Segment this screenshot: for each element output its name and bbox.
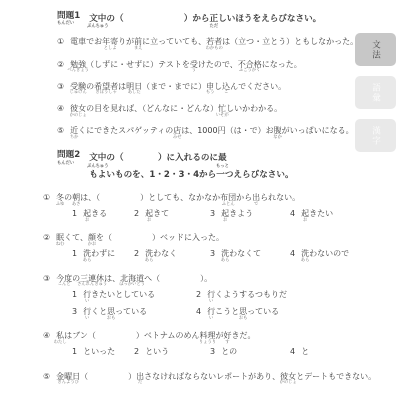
question-number: ① bbox=[57, 37, 64, 46]
text-run: んでください。 bbox=[230, 82, 286, 91]
text-run: くて、 bbox=[64, 233, 88, 242]
text-run: 1 bbox=[74, 12, 80, 22]
ruby-word: 不合格ふごうかく bbox=[238, 60, 262, 69]
text-run: りが bbox=[118, 37, 134, 46]
furigana: こ bbox=[224, 91, 228, 95]
furigana: みせ bbox=[173, 136, 182, 140]
text-run: 電車でお bbox=[70, 37, 102, 46]
choice-text: 行いくと思おもっている bbox=[83, 307, 147, 316]
choice-text: と bbox=[301, 347, 309, 356]
ruby-word: 正ただ bbox=[210, 15, 219, 25]
ruby-word: 文中ぶんちゅう bbox=[89, 15, 106, 25]
ruby-word: 行い bbox=[83, 290, 91, 299]
furigana: わかもの bbox=[206, 47, 223, 51]
ruby-word: 彼女かのじょ bbox=[280, 372, 296, 381]
furigana: なか bbox=[273, 136, 282, 140]
ruby-word: 布団ふとん bbox=[220, 193, 236, 202]
furigana: こんど bbox=[58, 283, 71, 287]
ruby-word: 忙いそが bbox=[218, 104, 226, 113]
furigana: もんだい bbox=[57, 162, 74, 166]
ruby-word: 三連休さんれんきゅう bbox=[80, 274, 104, 283]
section-multiple-choice: 問題もんだい2 文中ぶんちゅうの（ ）に入れるのに最もっともよいものを、1・2・… bbox=[57, 150, 345, 381]
choice-number: 3 bbox=[210, 347, 215, 356]
text-run: くにできたスパゲッティの bbox=[78, 126, 173, 135]
choice-option: 1起おきる bbox=[72, 209, 134, 218]
text-run: という bbox=[145, 347, 169, 356]
text-run: きたい bbox=[309, 209, 333, 218]
question-line: ③今度こんどの三連休さんれんきゅうは、北海道ほっかいどうへ（ ）。 bbox=[43, 274, 345, 283]
question-line: ⑤金曜日きんようび（ ）出ださなければならないレポートがあり、彼女かのじょとデー… bbox=[43, 372, 345, 381]
question-line: ③受験じゅけんの希望者きぼうしゃは明日あした（まで・までに）申もうし込こんでくだ… bbox=[57, 82, 345, 91]
side-tab[interactable]: 語彙 bbox=[355, 76, 396, 109]
text-run: （しずに・せずに）テストを bbox=[86, 60, 190, 69]
ruby-word: 込こ bbox=[222, 82, 230, 91]
furigana: だ bbox=[138, 381, 142, 385]
text-run: になった。 bbox=[262, 60, 302, 69]
ruby-word: 眠ねむ bbox=[56, 233, 64, 242]
furigana: としよ bbox=[104, 47, 117, 51]
furigana: あら bbox=[83, 259, 92, 263]
furigana: あら bbox=[301, 259, 310, 263]
ruby-word: 行い bbox=[207, 307, 215, 316]
furigana: ふごうかく bbox=[239, 69, 260, 73]
choice-row: 1起おきる2起おきて3起おきよう4起おきたい bbox=[72, 209, 345, 218]
ruby-word: 北海道ほっかいどう bbox=[120, 274, 144, 283]
ruby-word: 起お bbox=[83, 209, 91, 218]
choice-number: 3 bbox=[72, 307, 77, 316]
furigana: ふゆ bbox=[56, 203, 65, 207]
choice-text: 洗あらわずに bbox=[83, 249, 115, 258]
section2-heading: 問題もんだい2 文中ぶんちゅうの（ ）に入れるのに最もっともよいものを、1・2・… bbox=[57, 150, 345, 183]
text-run: は bbox=[118, 82, 126, 91]
text-run: といった bbox=[83, 347, 115, 356]
ruby-word: 前まえ bbox=[134, 37, 142, 46]
furigana: べんきょう bbox=[67, 69, 88, 73]
text-run: し bbox=[214, 82, 222, 91]
ruby-word: 洗あら bbox=[301, 249, 309, 258]
question-text: 私わたしはブン（ ）ベトナムのめん料理りょうりが好すきだ。 bbox=[56, 331, 255, 340]
section2-question-list: ①冬ふゆの朝あさは、（ ）としても、なかなか布団ふとんから出でられない。1起おき… bbox=[43, 193, 345, 381]
choice-row: 1行いきたいとしている2行いくようするつもりだ3行いくと思おもっている4行いこう… bbox=[72, 290, 345, 316]
choice-number: 1 bbox=[72, 249, 77, 258]
text-run: （ ） bbox=[80, 372, 136, 381]
section2-label: 問題もんだい2 bbox=[57, 150, 80, 183]
text-run: きだ。 bbox=[231, 331, 255, 340]
choice-number: 3 bbox=[210, 209, 215, 218]
ruby-word: 思おも bbox=[239, 307, 247, 316]
text-run: の（ ）に入れるのに bbox=[106, 154, 218, 164]
question-number: ④ bbox=[57, 104, 64, 113]
question-line: ⑤近ちかくにできたスパゲッティの店みせは、1000円（は・で）お腹なかがいっぱい… bbox=[57, 126, 345, 135]
ruby-word: 近ちか bbox=[70, 126, 78, 135]
furigana: あら bbox=[145, 259, 154, 263]
text-run: しいほうをえらびなさい。 bbox=[218, 15, 321, 25]
ruby-word: 希望者きぼうしゃ bbox=[94, 82, 118, 91]
section1-title: 文中ぶんちゅうの（ ）から正ただしいほうをえらびなさい。 bbox=[89, 11, 345, 27]
worksheet-content: 問題もんだい1 文中ぶんちゅうの（ ）から正ただしいほうをえらびなさい。 ①電車… bbox=[57, 11, 345, 388]
furigana: い bbox=[209, 300, 213, 304]
choice-row: 1洗あらわずに2洗あらわなく3洗あらわなくて4洗あらわないので bbox=[72, 249, 345, 258]
question-number: ③ bbox=[43, 274, 50, 283]
furigana: ふとん bbox=[222, 203, 235, 207]
ruby-word: 金曜日きんようび bbox=[56, 372, 80, 381]
furigana: ちか bbox=[70, 136, 79, 140]
choice-option: 3との bbox=[210, 347, 290, 356]
choice-option: 1行いきたいとしている bbox=[72, 290, 196, 299]
furigana: あら bbox=[221, 259, 230, 263]
question-line: ①電車でお年寄としよりが前まえに立っていても、若者わかものは（立つ・立とう）とも… bbox=[57, 37, 345, 46]
ruby-word: 料理りょうり bbox=[199, 331, 215, 340]
choice-option: 4洗あらわないので bbox=[290, 249, 349, 258]
choice-text: 起おきて bbox=[145, 209, 169, 218]
furigana: かのじょ bbox=[280, 381, 297, 385]
furigana: もう bbox=[206, 91, 215, 95]
text-run: 2 bbox=[74, 151, 80, 161]
furigana: で bbox=[254, 203, 258, 207]
text-run: もよいものを、1・2・3・4から一つえらびなさい。 bbox=[89, 171, 293, 181]
ruby-word: 行い bbox=[207, 290, 215, 299]
furigana: お bbox=[147, 219, 151, 223]
ruby-word: 行い bbox=[83, 307, 91, 316]
choice-text: という bbox=[145, 347, 169, 356]
worksheet-page: 問題もんだい1 文中ぶんちゅうの（ ）から正ただしいほうをえらびなさい。 ①電車… bbox=[0, 0, 400, 400]
choice-text: との bbox=[221, 347, 237, 356]
choice-text: 洗あらわなくて bbox=[221, 249, 261, 258]
ruby-word: 洗あら bbox=[145, 249, 153, 258]
section-grammar-choice: 問題もんだい1 文中ぶんちゅうの（ ）から正ただしいほうをえらびなさい。 ①電車… bbox=[57, 11, 345, 135]
side-tab[interactable]: 漢字 bbox=[355, 119, 396, 152]
furigana: いそが bbox=[216, 114, 229, 118]
furigana: りょうり bbox=[199, 341, 216, 345]
ruby-word: 勉強べんきょう bbox=[70, 60, 86, 69]
furigana: い bbox=[85, 317, 89, 321]
furigana: お bbox=[223, 219, 227, 223]
ruby-word: 起お bbox=[145, 209, 153, 218]
choice-option: 2洗あらわなく bbox=[134, 249, 210, 258]
choice-text: 起おきたい bbox=[301, 209, 333, 218]
furigana: あさ bbox=[72, 203, 81, 207]
question-line: ①冬ふゆの朝あさは、（ ）としても、なかなか布団ふとんから出でられない。 bbox=[43, 193, 345, 202]
ruby-word: 好す bbox=[223, 331, 231, 340]
choice-text: 起おきる bbox=[83, 209, 107, 218]
choice-number: 4 bbox=[290, 249, 295, 258]
text-run: へ（ ）。 bbox=[144, 274, 212, 283]
text-run: わずに bbox=[91, 249, 115, 258]
choice-text: 行いこうと思おもっている bbox=[207, 307, 279, 316]
text-run: の（ ）から bbox=[106, 15, 209, 25]
text-run: くと bbox=[91, 307, 107, 316]
question-text: 冬ふゆの朝あさは、（ ）としても、なかなか布団ふとんから出でられない。 bbox=[56, 193, 300, 202]
text-run: とデートもできない。 bbox=[296, 372, 376, 381]
ruby-word: 申もう bbox=[206, 82, 214, 91]
choice-text: 洗あらわないので bbox=[301, 249, 349, 258]
text-run: わないので bbox=[309, 249, 349, 258]
ruby-word: 若者わかもの bbox=[206, 37, 222, 46]
furigana: あした bbox=[128, 91, 141, 95]
ruby-word: 思おも bbox=[107, 307, 115, 316]
text-run: わなくて bbox=[229, 249, 261, 258]
text-run: くようするつもりだ bbox=[215, 290, 287, 299]
text-run: （まで・までに） bbox=[142, 82, 206, 91]
choice-option: 3起おきよう bbox=[210, 209, 290, 218]
ruby-word: 明日あした bbox=[126, 82, 142, 91]
furigana: さんれんきゅう bbox=[77, 283, 107, 287]
choice-number: 4 bbox=[290, 209, 295, 218]
text-run: しいかわかる。 bbox=[226, 104, 282, 113]
ruby-word: 洗あら bbox=[221, 249, 229, 258]
choice-row: 1といった2という3との4と bbox=[72, 347, 345, 356]
text-run: は、（ ）としても、なかなか bbox=[80, 193, 220, 202]
question-number: ② bbox=[43, 233, 50, 242]
furigana: ぶんちゅう bbox=[87, 25, 108, 29]
text-run: きたいとしている bbox=[91, 290, 155, 299]
text-run: が bbox=[215, 331, 223, 340]
question-text: 受験じゅけんの希望者きぼうしゃは明日あした（まで・までに）申もうし込こんでくださ… bbox=[70, 82, 286, 91]
choice-number: 2 bbox=[134, 347, 139, 356]
text-run: は、 bbox=[104, 274, 120, 283]
text-run: がいっぱいになる。 bbox=[282, 126, 354, 135]
question-number: ③ bbox=[57, 82, 64, 91]
text-run: は（立つ・立とう）ともしなかった。 bbox=[222, 37, 358, 46]
choice-number: 2 bbox=[134, 249, 139, 258]
question-text: 今度こんどの三連休さんれんきゅうは、北海道ほっかいどうへ（ ）。 bbox=[56, 274, 212, 283]
furigana: じゅけん bbox=[70, 91, 87, 95]
ruby-word: 最もっと bbox=[218, 154, 227, 164]
ruby-word: 文中ぶんちゅう bbox=[89, 154, 106, 164]
section1-heading: 問題もんだい1 文中ぶんちゅうの（ ）から正ただしいほうをえらびなさい。 bbox=[57, 11, 345, 27]
section2-title: 文中ぶんちゅうの（ ）に入れるのに最もっともよいものを、1・2・3・4から一つえ… bbox=[89, 150, 345, 183]
text-run: っている bbox=[247, 307, 279, 316]
text-run: の bbox=[86, 82, 94, 91]
question-text: 近ちかくにできたスパゲッティの店みせは、1000円（は・で）お腹なかがいっぱいに… bbox=[70, 126, 353, 135]
choice-option: 4行いこうと思おもっている bbox=[196, 307, 345, 316]
text-run: こうと bbox=[215, 307, 239, 316]
text-run: から bbox=[236, 193, 252, 202]
text-run: を（ ）ベッドに入った。 bbox=[96, 233, 224, 242]
question-text: 眠ねむくて、顔かおを（ ）ベッドに入った。 bbox=[56, 233, 224, 242]
furigana: かお bbox=[88, 243, 97, 247]
ruby-word: 受う bbox=[190, 60, 198, 69]
question-number: ① bbox=[43, 193, 50, 202]
ruby-word: 起お bbox=[301, 209, 309, 218]
choice-number: 4 bbox=[196, 307, 201, 316]
text-run: に立っていても、 bbox=[142, 37, 206, 46]
furigana: ただ bbox=[210, 25, 219, 29]
side-tab-bar: 文法語彙漢字 bbox=[355, 33, 396, 152]
question-line: ④私わたしはブン（ ）ベトナムのめん料理りょうりが好すきだ。 bbox=[43, 331, 345, 340]
question-number: ④ bbox=[43, 331, 50, 340]
choice-number: 4 bbox=[290, 347, 295, 356]
ruby-word: 出だ bbox=[136, 372, 144, 381]
choice-option: 2という bbox=[134, 347, 210, 356]
choice-option: 4起おきたい bbox=[290, 209, 345, 218]
question-text: 彼女かのじょの目を見れば、（どんなに・どんな）忙いそがしいかわかる。 bbox=[70, 104, 282, 113]
ruby-word: 腹なか bbox=[274, 126, 282, 135]
text-run: は、1000円（は・で）お bbox=[181, 126, 273, 135]
side-tab[interactable]: 文法 bbox=[355, 33, 396, 66]
choice-option: 1洗あらわずに bbox=[72, 249, 134, 258]
question-number: ⑤ bbox=[57, 126, 64, 135]
question-number: ② bbox=[57, 60, 64, 69]
furigana: おも bbox=[239, 317, 248, 321]
text-run: きよう bbox=[229, 209, 253, 218]
ruby-word: 問題もんだい bbox=[57, 12, 74, 22]
choice-number: 1 bbox=[72, 347, 77, 356]
choice-option: 1といった bbox=[72, 347, 134, 356]
choice-text: 起おきよう bbox=[221, 209, 253, 218]
furigana: す bbox=[225, 341, 229, 345]
choice-number: 2 bbox=[196, 290, 201, 299]
furigana: もっと bbox=[216, 165, 229, 169]
ruby-word: 私わたし bbox=[56, 331, 64, 340]
choice-text: といった bbox=[83, 347, 115, 356]
furigana: ねむ bbox=[56, 243, 65, 247]
question-line: ④彼女かのじょの目を見れば、（どんなに・どんな）忙いそがしいかわかる。 bbox=[57, 104, 345, 113]
ruby-word: 問題もんだい bbox=[57, 151, 74, 161]
choice-text: 洗あらわなく bbox=[145, 249, 177, 258]
furigana: きぼうしゃ bbox=[95, 91, 116, 95]
choice-option: 3洗あらわなくて bbox=[210, 249, 290, 258]
text-run: との bbox=[221, 347, 237, 356]
choice-number: 1 bbox=[72, 209, 77, 218]
furigana: おも bbox=[107, 317, 116, 321]
question-text: 金曜日きんようび（ ）出ださなければならないレポートがあり、彼女かのじょとデート… bbox=[56, 372, 376, 381]
ruby-word: 起お bbox=[221, 209, 229, 218]
furigana: わたし bbox=[54, 341, 67, 345]
section1-label: 問題もんだい1 bbox=[57, 11, 80, 27]
ruby-word: 冬ふゆ bbox=[56, 193, 64, 202]
section1-question-list: ①電車でお年寄としよりが前まえに立っていても、若者わかものは（立つ・立とう）とも… bbox=[57, 37, 345, 135]
question-line: ②勉強べんきょう（しずに・せずに）テストを受うけたので、不合格ふごうかくになった… bbox=[57, 60, 345, 69]
furigana: もんだい bbox=[57, 22, 74, 26]
text-run: っている bbox=[115, 307, 147, 316]
question-text: 電車でお年寄としよりが前まえに立っていても、若者わかものは（立つ・立とう）ともし… bbox=[70, 37, 358, 46]
choice-option: 2行いくようするつもりだ bbox=[196, 290, 345, 299]
furigana: お bbox=[303, 219, 307, 223]
furigana: きんようび bbox=[57, 381, 78, 385]
text-run: きる bbox=[91, 209, 107, 218]
ruby-word: 洗あら bbox=[83, 249, 91, 258]
choice-option: 4と bbox=[290, 347, 345, 356]
choice-option: 3行いくと思おもっている bbox=[72, 307, 196, 316]
text-run: さなければならないレポートがあり、 bbox=[144, 372, 280, 381]
ruby-word: 今度こんど bbox=[56, 274, 72, 283]
question-line: ②眠ねむくて、顔かおを（ ）ベッドに入った。 bbox=[43, 233, 345, 242]
ruby-word: 朝あさ bbox=[72, 193, 80, 202]
furigana: う bbox=[192, 69, 196, 73]
choice-number: 2 bbox=[134, 209, 139, 218]
text-run: はブン（ ）ベトナムのめん bbox=[64, 331, 199, 340]
furigana: ほっかいどう bbox=[119, 283, 145, 287]
text-run: きて bbox=[153, 209, 169, 218]
furigana: お bbox=[85, 219, 89, 223]
ruby-word: 年寄としよ bbox=[102, 37, 118, 46]
furigana: い bbox=[85, 300, 89, 304]
text-run: けたので、 bbox=[198, 60, 238, 69]
furigana: い bbox=[209, 317, 213, 321]
text-run: られない。 bbox=[260, 193, 300, 202]
furigana: かのじょ bbox=[70, 114, 87, 118]
text-run: と bbox=[301, 347, 309, 356]
choice-text: 行いきたいとしている bbox=[83, 290, 155, 299]
question-text: 勉強べんきょう（しずに・せずに）テストを受うけたので、不合格ふごうかくになった。 bbox=[70, 60, 302, 69]
choice-number: 1 bbox=[72, 290, 77, 299]
ruby-word: 出で bbox=[252, 193, 260, 202]
ruby-word: 彼女かのじょ bbox=[70, 104, 86, 113]
question-number: ⑤ bbox=[43, 372, 50, 381]
ruby-word: 店みせ bbox=[173, 126, 181, 135]
furigana: まえ bbox=[134, 47, 143, 51]
choice-number: 3 bbox=[210, 249, 215, 258]
choice-option: 2起おきて bbox=[134, 209, 210, 218]
ruby-word: 受験じゅけん bbox=[70, 82, 86, 91]
ruby-word: 顔かお bbox=[88, 233, 96, 242]
text-run: の目を見れば、（どんなに・どんな） bbox=[86, 104, 218, 113]
furigana: ぶんちゅう bbox=[87, 165, 108, 169]
text-run: わなく bbox=[153, 249, 177, 258]
choice-text: 行いくようするつもりだ bbox=[207, 290, 287, 299]
